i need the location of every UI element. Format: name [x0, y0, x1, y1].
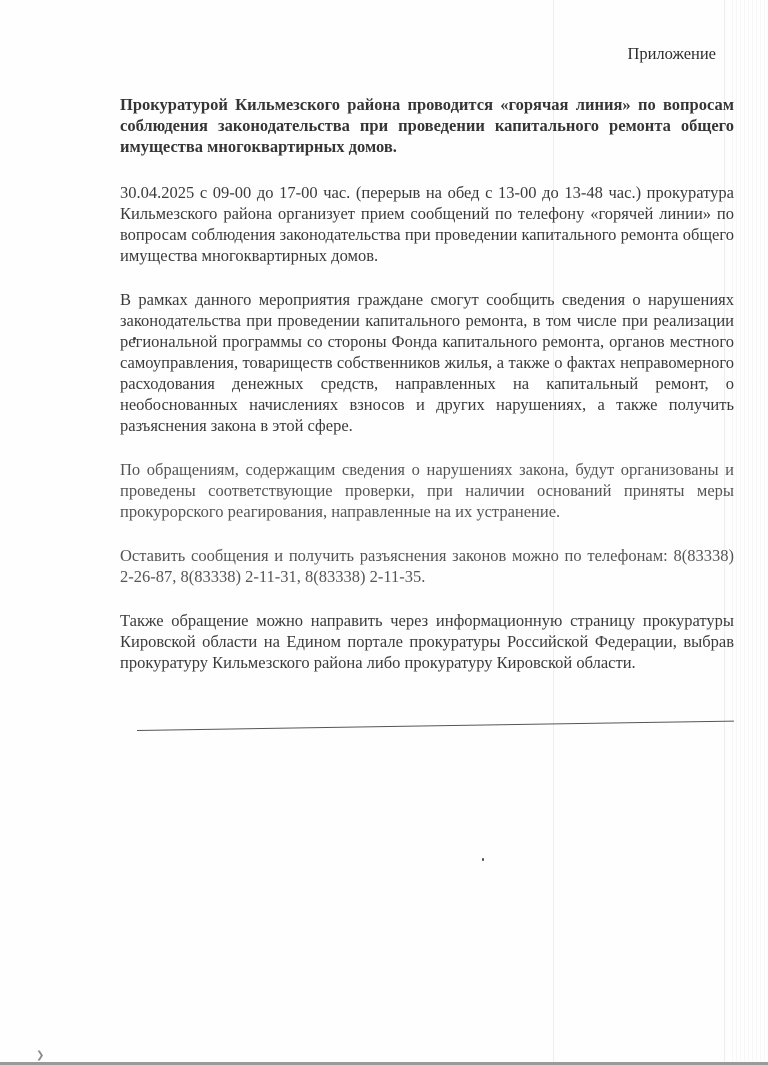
- divider-line: [137, 721, 734, 731]
- paragraph-schedule: 30.04.2025 с 09-00 до 17-00 час. (переры…: [120, 182, 734, 266]
- stray-dot: [133, 337, 136, 340]
- paragraph-phones: Оставить сообщения и получить разъяснени…: [120, 545, 734, 587]
- document-heading: Прокуратурой Кильмезского района проводи…: [120, 94, 734, 157]
- paragraph-inspections: По обращениям, содержащим сведения о нар…: [120, 459, 734, 522]
- scan-mark-icon: ❯: [36, 1050, 44, 1061]
- scan-edge-artifact: [732, 0, 768, 1065]
- paragraph-scope: В рамках данного мероприятия граждане см…: [120, 289, 734, 436]
- appendix-label: Приложение: [627, 44, 716, 64]
- paragraph-portal: Также обращение можно направить через ин…: [120, 610, 734, 673]
- scanned-page: Приложение Прокуратурой Кильмезского рай…: [0, 0, 768, 1065]
- document-body: Прокуратурой Кильмезского района проводи…: [120, 94, 734, 696]
- stray-dot: [482, 858, 484, 861]
